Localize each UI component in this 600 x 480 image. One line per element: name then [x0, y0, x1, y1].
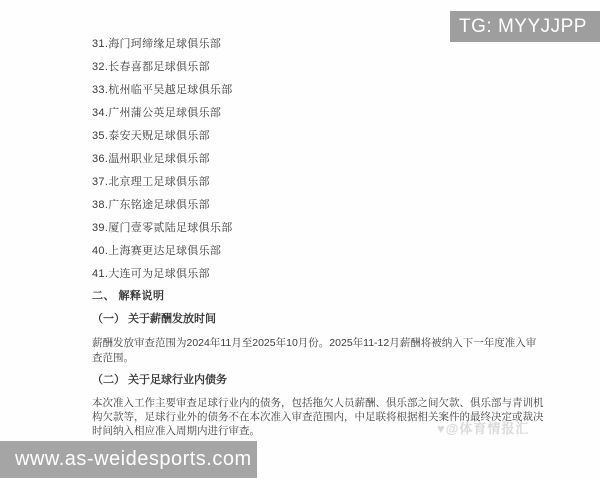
sub-heading-salary-payment-time: （一） 关于薪酬发放时间 — [92, 310, 216, 326]
list-item: 31.海门珂缔缘足球俱乐部 — [92, 33, 233, 56]
document-page: 31.海门珂缔缘足球俱乐部 32.长春喜都足球俱乐部 33.杭州临平吴越足球俱乐… — [0, 0, 600, 480]
paragraph-line: 查范围。 — [92, 351, 536, 366]
paragraph-line: 薪酬发放审查范围为2024年11月至2025年10月份。2025年11-12月薪… — [92, 336, 536, 351]
list-item: 34.广州蒲公英足球俱乐部 — [92, 102, 233, 125]
tg-watermark-badge: TG: MYYJJPP — [450, 11, 600, 42]
list-item: 33.杭州临平吴越足球俱乐部 — [92, 79, 233, 102]
screenshot-root: 31.海门珂缔缘足球俱乐部 32.长春喜都足球俱乐部 33.杭州临平吴越足球俱乐… — [0, 0, 600, 480]
site-url-watermark-badge: www.as-weidesports.com — [0, 441, 257, 478]
list-item: 38.广东铭途足球俱乐部 — [92, 194, 233, 217]
list-item: 36.温州职业足球俱乐部 — [92, 148, 233, 171]
paragraph-salary-review: 薪酬发放审查范围为2024年11月至2025年10月份。2025年11-12月薪… — [92, 336, 536, 366]
list-item: 32.长春喜都足球俱乐部 — [92, 56, 233, 79]
section-heading-explanations: 二、 解释说明 — [92, 287, 165, 303]
list-item: 41.大连可为足球俱乐部 — [92, 263, 233, 286]
faint-watermark: ♥@体育情报汇 — [437, 418, 529, 437]
list-item: 40.上海赛更达足球俱乐部 — [92, 240, 233, 263]
list-item: 35.泰安天贶足球俱乐部 — [92, 125, 233, 148]
club-list: 31.海门珂缔缘足球俱乐部 32.长春喜都足球俱乐部 33.杭州临平吴越足球俱乐… — [92, 33, 233, 286]
sub-heading-industry-debt: （二） 关于足球行业内债务 — [92, 371, 227, 387]
paragraph-line: 本次准入工作主要审查足球行业内的债务，包括拖欠人员薪酬、俱乐部之间欠款、俱乐部与… — [92, 396, 544, 410]
list-item: 37.北京理工足球俱乐部 — [92, 171, 233, 194]
list-item: 39.厦门壹零贰陆足球俱乐部 — [92, 217, 233, 240]
